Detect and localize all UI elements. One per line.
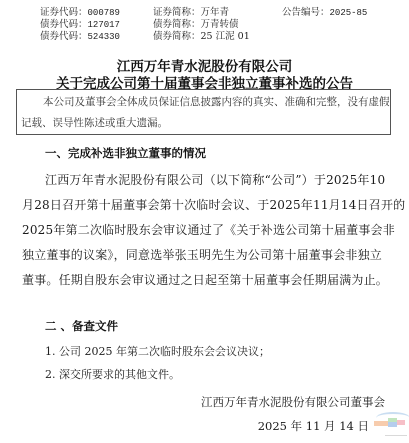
bond-name-label-2: 债券简称：: [153, 31, 201, 42]
security-name: 证券简称：万年青: [153, 7, 229, 19]
logo-underline: [385, 435, 407, 436]
section-2-heading: 二 、备查文件: [45, 318, 118, 334]
paragraph-line: 江西万年青水泥股份有限公司（以下简称“公司”）于2025年10: [45, 171, 385, 188]
logo-block-blue: [388, 422, 397, 427]
signature-date: 2025 年 11 月 14 日: [258, 418, 369, 434]
signature-org: 江西万年青水泥股份有限公司董事会: [201, 394, 385, 410]
security-name-label: 证券简称：: [153, 7, 201, 18]
disclaimer-line-2: 记载、误导性陈述或重大遗漏。: [21, 113, 386, 134]
logo-block-pink: [397, 420, 405, 425]
reference-document-item: 1. 公司 2025 年第二次临时股东会会议决议；: [45, 343, 270, 359]
bond-code-value: 127017: [88, 20, 120, 30]
bond-code-label-2: 债券代码：: [40, 31, 88, 42]
bond-name-value: 万青转债: [201, 19, 239, 30]
paragraph-line: 董事。任期自股东会审议通过之日起至第十届董事会任期届满为止。: [22, 271, 388, 288]
announcement-number-value: 2025-85: [330, 8, 368, 18]
paragraph-line: 独立董事的议案》，同意选举张玉明先生为公司第十届董事会非独立: [22, 246, 382, 263]
reference-document-item: 2. 深交所要求的其他文件。: [45, 366, 180, 382]
paragraph-line: 2025年第二次临时股东会审议通过了《关于补选公司第十届董事会非: [22, 221, 395, 238]
header-row-3: 债券代码：524330: [40, 31, 120, 43]
bond-name-label: 债券简称：: [153, 19, 201, 30]
security-name-value: 万年青: [201, 7, 230, 18]
bond-code-label: 债券代码：: [40, 19, 88, 30]
bond-name-2: 债券简称：25 江泥 01: [153, 31, 250, 43]
disclaimer-line-1: 本公司及董事会全体成员保证信息披露内容的真实、准确和完整，没有虚假: [21, 92, 386, 113]
announcement-number: 公告编号：2025-85: [282, 7, 367, 19]
announcement-number-label: 公告编号：: [282, 7, 330, 18]
security-code-value: 000789: [88, 8, 120, 18]
section-1-heading: 一、完成补选非独立董事的情况: [45, 145, 206, 161]
bond-name-value-2: 25 江泥 01: [201, 31, 250, 42]
paragraph-line: 月28日召开第十届董事会第十次临时会议、于2025年11月14日召开的: [22, 196, 405, 213]
header-row-2: 债券代码：127017: [40, 19, 120, 31]
logo-block-orange: [374, 421, 388, 426]
disclaimer-box: 本公司及董事会全体成员保证信息披露内容的真实、准确和完整，没有虚假 记载、误导性…: [16, 89, 391, 135]
news-site-logo-icon: [374, 412, 409, 442]
bond-code-value-2: 524330: [88, 32, 120, 42]
header-row-1: 证券代码：000789: [40, 7, 120, 19]
security-code-label: 证券代码：: [40, 7, 88, 18]
bond-name: 债券简称：万青转债: [153, 19, 239, 31]
